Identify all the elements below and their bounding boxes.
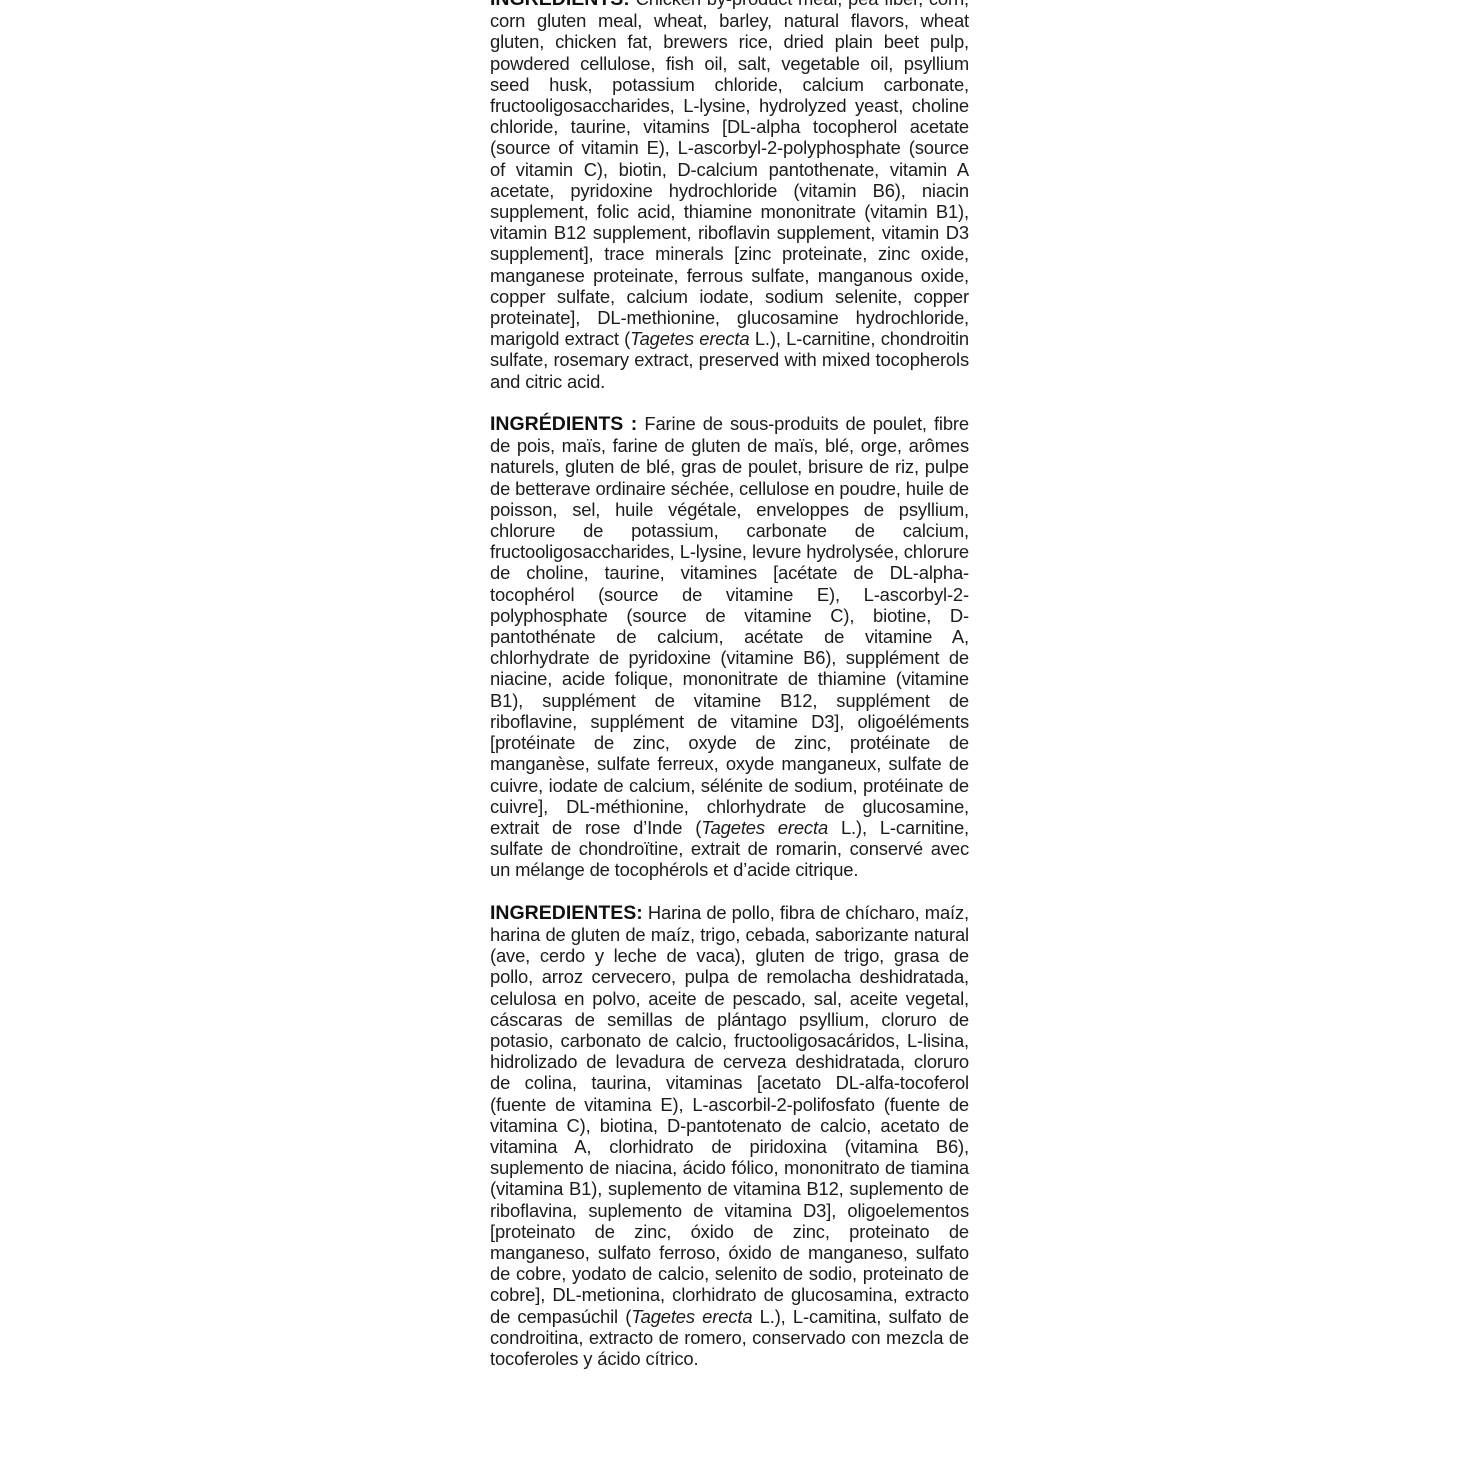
- section-heading: INGRÉDIENTS :: [490, 413, 637, 435]
- ingredients-section-spanish: INGREDIENTES: Harina de pollo, fibra de …: [490, 902, 969, 1369]
- section-heading: INGREDIENTS:: [490, 0, 630, 10]
- ingredients-text: Harina de pollo, fibra de chícharo, maíz…: [490, 902, 969, 1327]
- scientific-name: Tagetes erecta: [630, 328, 749, 349]
- section-heading: INGREDIENTES:: [490, 902, 643, 924]
- ingredients-section-english: INGREDIENTS: Chicken by-product meal, pe…: [490, 0, 969, 392]
- ingredients-text: Farine de sous-produits de poulet, fibre…: [490, 413, 969, 838]
- ingredients-section-french: INGRÉDIENTS : Farine de sous-produits de…: [490, 413, 969, 880]
- scientific-name: Tagetes erecta: [631, 1306, 752, 1327]
- scientific-name: Tagetes erecta: [701, 817, 828, 838]
- ingredients-text: Chicken by-product meal, pea fiber, corn…: [490, 0, 969, 349]
- ingredients-label: INGREDIENTS: Chicken by-product meal, pe…: [490, 0, 969, 1390]
